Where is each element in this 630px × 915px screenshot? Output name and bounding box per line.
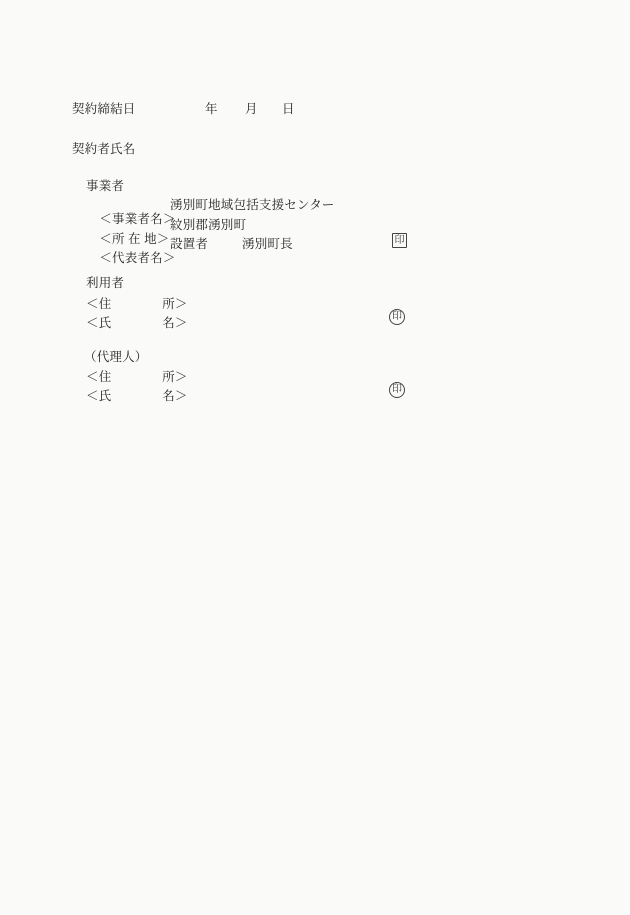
- business-section-heading: 事業者: [86, 179, 124, 193]
- contract-date-day-suffix: 日: [282, 102, 295, 116]
- contractor-name-heading: 契約者氏名: [72, 142, 136, 156]
- user-address-label: ＜住 所＞: [86, 297, 188, 311]
- contract-date-month-suffix: 月: [245, 102, 258, 116]
- business-representative-label: ＜代表者名＞: [99, 251, 175, 265]
- user-section-heading: 利用者: [86, 276, 124, 290]
- contract-date-year-suffix: 年: [205, 102, 218, 116]
- business-representative-role: 設置者: [170, 237, 208, 251]
- agent-name-label: ＜氏 名＞: [86, 389, 188, 403]
- agent-section-heading: （代理人）: [84, 350, 148, 364]
- business-address-value: 紋別郡湧別町: [170, 218, 246, 232]
- user-name-label: ＜氏 名＞: [86, 316, 188, 330]
- document-page: 契約締結日 年 月 日 契約者氏名 事業者 ＜事業者名＞ 湧別町地域包括支援セン…: [0, 0, 630, 915]
- user-seal-placeholder-icon: 印: [389, 309, 405, 325]
- agent-seal-placeholder-icon: 印: [389, 382, 405, 398]
- business-representative-value: 湧別町長: [242, 237, 293, 251]
- business-seal-placeholder-icon: 印: [392, 233, 407, 248]
- business-name-value: 湧別町地域包括支援センター: [170, 198, 335, 212]
- contract-date-label: 契約締結日: [72, 102, 136, 116]
- agent-address-label: ＜住 所＞: [86, 370, 188, 384]
